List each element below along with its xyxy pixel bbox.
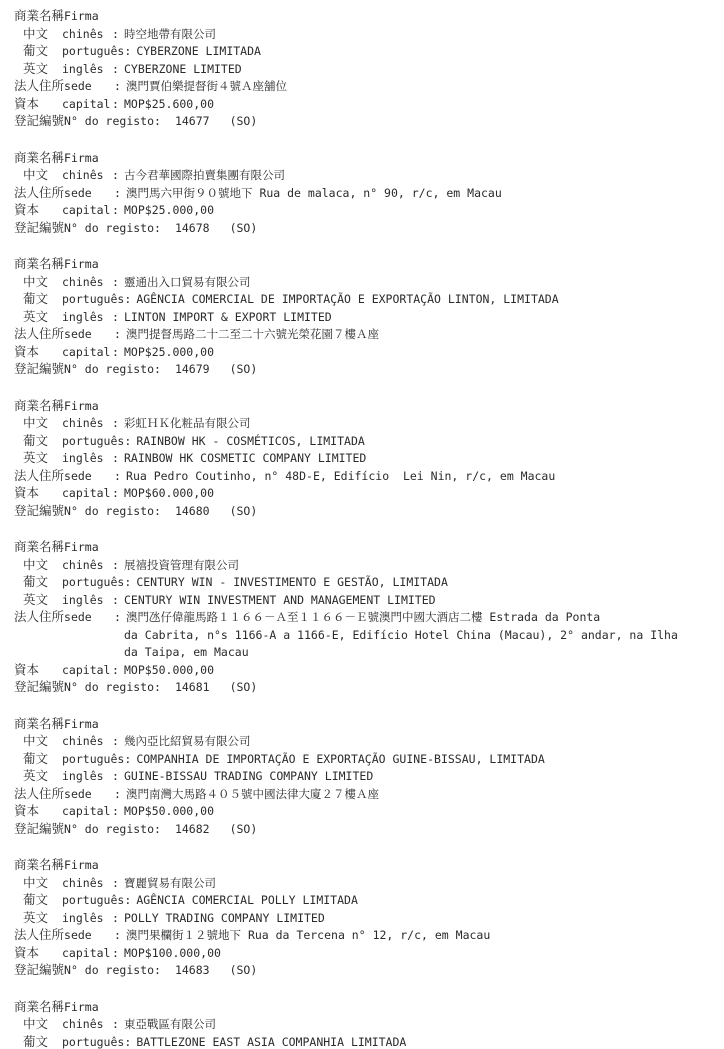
firm-header-row: 商業名稱Firma (0, 8, 724, 26)
chinese-name-row-label-zh: 中文 (14, 733, 62, 751)
chinese-name-row-label-pt: chinês (62, 733, 112, 751)
capital-row: 資本capital:MOP$50.000,00 (0, 803, 724, 821)
capital-row-label-zh: 資本 (14, 485, 62, 503)
english-name-row-label-pt: inglês (62, 592, 112, 610)
registration-label-zh: 登記編號 (14, 361, 64, 379)
registry-entry: 商業名稱Firma中文chinês:彩虹ＨＫ化粧品有限公司葡文português… (0, 398, 724, 521)
registration-label-zh: 登記編號 (14, 821, 64, 839)
portuguese-name-row: 葡文português:COMPANHIA DE IMPORTAÇÃO E EX… (0, 751, 724, 769)
capital-row-value: MOP$50.000,00 (124, 662, 724, 680)
firm-header-row-label-pt: Firma (64, 857, 114, 875)
registry-entry: 商業名稱Firma中文chinês:幾內亞比紹貿易有限公司葡文português… (0, 716, 724, 839)
address-row-value: 澳門提督馬路二十二至二十六號光榮花園７樓Ａ座 (126, 326, 724, 344)
english-name-row-value: CENTURY WIN INVESTMENT AND MANAGEMENT LI… (124, 592, 724, 610)
address-row-value: Rua Pedro Coutinho, n° 48D-E, Edifício L… (126, 468, 724, 486)
registration-number-row: 登記編號N° do registo:14678(SO) (0, 220, 724, 238)
registration-label-pt: N° do registo: (64, 361, 161, 379)
capital-row: 資本capital:MOP$25.000,00 (0, 202, 724, 220)
english-name-row: 英文inglês:POLLY TRADING COMPANY LIMITED (0, 910, 724, 928)
colon-separator: : (124, 1034, 136, 1049)
chinese-name-row-value: 東亞戰區有限公司 (124, 1016, 724, 1034)
colon-separator: : (112, 96, 124, 114)
registration-so-mark: (SO) (230, 962, 258, 980)
address-row-label-pt: sede (64, 786, 114, 804)
registry-entries-list: 商業名稱Firma中文chinês:時空地帶有限公司葡文português:CY… (0, 8, 724, 1049)
english-name-row-label-zh: 英文 (14, 450, 62, 468)
firm-header-row: 商業名稱Firma (0, 716, 724, 734)
registration-label-zh: 登記編號 (14, 503, 64, 521)
address-row-label-pt: sede (64, 609, 114, 627)
colon-separator: : (124, 892, 136, 910)
address-row: 法人住所sede:澳門馬六甲街９０號地下 Rua de malaca, n° 9… (0, 185, 724, 203)
portuguese-name-row-value: BATTLEZONE EAST ASIA COMPANHIA LIMITADA (136, 1034, 724, 1049)
colon-separator: : (112, 945, 124, 963)
registration-number-row: 登記編號N° do registo:14677(SO) (0, 113, 724, 131)
address-continuation-line: da Cabrita, n°s 1166-A a 1166-E, Edifíci… (124, 627, 724, 645)
chinese-name-row: 中文chinês:東亞戰區有限公司 (0, 1016, 724, 1034)
chinese-name-row: 中文chinês:寶麗貿易有限公司 (0, 875, 724, 893)
registration-label-pt: N° do registo: (64, 679, 161, 697)
chinese-name-row-value: 寶麗貿易有限公司 (124, 875, 724, 893)
registration-label-zh: 登記編號 (14, 220, 64, 238)
registry-entry: 商業名稱Firma中文chinês:東亞戰區有限公司葡文português:BA… (0, 999, 724, 1049)
firm-header-row-label-zh: 商業名稱 (14, 539, 64, 557)
registration-so-mark: (SO) (230, 503, 258, 521)
registration-number: 14680 (175, 503, 210, 521)
chinese-name-row: 中文chinês:靈通出入口貿易有限公司 (0, 274, 724, 292)
chinese-name-row-label-zh: 中文 (14, 167, 62, 185)
firm-header-row-label-pt: Firma (64, 8, 114, 26)
capital-row: 資本capital:MOP$50.000,00 (0, 662, 724, 680)
capital-row-label-pt: capital (62, 803, 112, 821)
address-row-label-zh: 法人住所 (14, 468, 64, 486)
chinese-name-row-label-zh: 中文 (14, 557, 62, 575)
firm-header-row: 商業名稱Firma (0, 999, 724, 1017)
registration-label-pt: N° do registo: (64, 503, 161, 521)
address-row: 法人住所sede:澳門果欄街１２號地下 Rua da Tercena n° 12… (0, 927, 724, 945)
colon-separator: : (124, 43, 136, 61)
english-name-row: 英文inglês:LINTON IMPORT & EXPORT LIMITED (0, 309, 724, 327)
portuguese-name-row-label-zh: 葡文 (14, 291, 62, 309)
english-name-row-value: CYBERZONE LIMITED (124, 61, 724, 79)
portuguese-name-row-value: COMPANHIA DE IMPORTAÇÃO E EXPORTAÇÃO GUI… (136, 751, 724, 769)
capital-row-label-pt: capital (62, 662, 112, 680)
capital-row-label-zh: 資本 (14, 662, 62, 680)
colon-separator: : (112, 485, 124, 503)
english-name-row: 英文inglês:CENTURY WIN INVESTMENT AND MANA… (0, 592, 724, 610)
english-name-row-label-pt: inglês (62, 910, 112, 928)
firm-header-row-label-pt: Firma (64, 398, 114, 416)
colon-separator: : (112, 61, 124, 79)
english-name-row-value: LINTON IMPORT & EXPORT LIMITED (124, 309, 724, 327)
registration-so-mark: (SO) (230, 679, 258, 697)
portuguese-name-row: 葡文português:AGÊNCIA COMERCIAL DE IMPORTA… (0, 291, 724, 309)
portuguese-name-row-value: CENTURY WIN - INVESTIMENTO E GESTÃO, LIM… (136, 574, 724, 592)
firm-header-row-label-pt: Firma (64, 150, 114, 168)
colon-separator: : (112, 167, 124, 185)
registry-document-page: 商業名稱Firma中文chinês:時空地帶有限公司葡文português:CY… (0, 0, 724, 1049)
colon-separator: : (112, 733, 124, 751)
chinese-name-row: 中文chinês:展禧投資管理有限公司 (0, 557, 724, 575)
portuguese-name-row-label-pt: português (62, 433, 124, 451)
firm-header-row-label-zh: 商業名稱 (14, 256, 64, 274)
portuguese-name-row-label-pt: português (62, 291, 124, 309)
english-name-row-value: GUINE-BISSAU TRADING COMPANY LIMITED (124, 768, 724, 786)
capital-row-label-pt: capital (62, 485, 112, 503)
address-row: 法人住所sede:澳門提督馬路二十二至二十六號光榮花園７樓Ａ座 (0, 326, 724, 344)
capital-row-value: MOP$60.000,00 (124, 485, 724, 503)
address-row-label-pt: sede (64, 927, 114, 945)
address-row-label-zh: 法人住所 (14, 927, 64, 945)
english-name-row: 英文inglês:CYBERZONE LIMITED (0, 61, 724, 79)
english-name-row-label-zh: 英文 (14, 592, 62, 610)
portuguese-name-row-label-pt: português (62, 892, 124, 910)
firm-header-row-label-zh: 商業名稱 (14, 398, 64, 416)
address-row-value: 澳門南灣大馬路４０５號中國法律大廈２７樓Ａ座 (126, 786, 724, 804)
capital-row-value: MOP$25.000,00 (124, 344, 724, 362)
colon-separator: : (114, 78, 126, 96)
portuguese-name-row: 葡文português:BATTLEZONE EAST ASIA COMPANH… (0, 1034, 724, 1049)
colon-separator: : (114, 927, 126, 945)
portuguese-name-row-label-zh: 葡文 (14, 892, 62, 910)
address-row-label-pt: sede (64, 468, 114, 486)
english-name-row-label-pt: inglês (62, 450, 112, 468)
colon-separator: : (112, 910, 124, 928)
address-row: 法人住所sede:澳門賈伯樂提督街４號Ａ座舖位 (0, 78, 724, 96)
portuguese-name-row-label-pt: português (62, 574, 124, 592)
english-name-row-label-pt: inglês (62, 61, 112, 79)
registration-number: 14678 (175, 220, 210, 238)
registration-label-zh: 登記編號 (14, 962, 64, 980)
capital-row-label-zh: 資本 (14, 96, 62, 114)
registration-number-row: 登記編號N° do registo:14683(SO) (0, 962, 724, 980)
firm-header-row: 商業名稱Firma (0, 398, 724, 416)
english-name-row-label-zh: 英文 (14, 61, 62, 79)
colon-separator: : (112, 1016, 124, 1034)
address-continuation-line: da Taipa, em Macau (124, 644, 724, 662)
english-name-row-label-zh: 英文 (14, 768, 62, 786)
english-name-row-label-zh: 英文 (14, 910, 62, 928)
capital-row-label-pt: capital (62, 96, 112, 114)
firm-header-row-label-pt: Firma (64, 256, 114, 274)
english-name-row-label-pt: inglês (62, 309, 112, 327)
chinese-name-row-label-pt: chinês (62, 415, 112, 433)
colon-separator: : (112, 274, 124, 292)
capital-row: 資本capital:MOP$100.000,00 (0, 945, 724, 963)
colon-separator: : (124, 291, 136, 309)
portuguese-name-row-label-zh: 葡文 (14, 574, 62, 592)
colon-separator: : (112, 592, 124, 610)
chinese-name-row-value: 時空地帶有限公司 (124, 26, 724, 44)
portuguese-name-row-value: RAINBOW HK - COSMÉTICOS, LIMITADA (136, 433, 724, 451)
portuguese-name-row: 葡文português:CENTURY WIN - INVESTIMENTO E… (0, 574, 724, 592)
colon-separator: : (112, 415, 124, 433)
capital-row-value: MOP$25.000,00 (124, 202, 724, 220)
portuguese-name-row-label-pt: português (62, 1034, 124, 1049)
registration-number-row: 登記編號N° do registo:14679(SO) (0, 361, 724, 379)
colon-separator: : (114, 786, 126, 804)
address-row-value: 澳門賈伯樂提督街４號Ａ座舖位 (126, 78, 724, 96)
portuguese-name-row-value: AGÊNCIA COMERCIAL POLLY LIMITADA (136, 892, 724, 910)
colon-separator: : (112, 875, 124, 893)
colon-separator: : (124, 433, 136, 451)
colon-separator: : (112, 450, 124, 468)
chinese-name-row: 中文chinês:彩虹ＨＫ化粧品有限公司 (0, 415, 724, 433)
portuguese-name-row-label-pt: português (62, 43, 124, 61)
capital-row: 資本capital:MOP$60.000,00 (0, 485, 724, 503)
chinese-name-row: 中文chinês:幾內亞比紹貿易有限公司 (0, 733, 724, 751)
capital-row-label-zh: 資本 (14, 202, 62, 220)
chinese-name-row-label-zh: 中文 (14, 26, 62, 44)
chinese-name-row-label-zh: 中文 (14, 875, 62, 893)
colon-separator: : (112, 344, 124, 362)
registration-so-mark: (SO) (230, 821, 258, 839)
portuguese-name-row-value: AGÊNCIA COMERCIAL DE IMPORTAÇÃO E EXPORT… (136, 291, 724, 309)
address-row-label-zh: 法人住所 (14, 786, 64, 804)
colon-separator: : (114, 185, 126, 203)
firm-header-row-label-zh: 商業名稱 (14, 999, 64, 1017)
chinese-name-row-label-pt: chinês (62, 26, 112, 44)
colon-separator: : (112, 309, 124, 327)
registration-number: 14681 (175, 679, 210, 697)
registry-entry: 商業名稱Firma中文chinês:時空地帶有限公司葡文português:CY… (0, 8, 724, 131)
colon-separator: : (114, 468, 126, 486)
portuguese-name-row-label-zh: 葡文 (14, 43, 62, 61)
registration-number: 14682 (175, 821, 210, 839)
registration-number: 14677 (175, 113, 210, 131)
capital-row-label-pt: capital (62, 945, 112, 963)
address-row: 法人住所sede:Rua Pedro Coutinho, n° 48D-E, E… (0, 468, 724, 486)
capital-row: 資本capital:MOP$25.000,00 (0, 344, 724, 362)
address-row-value: 澳門果欄街１２號地下 Rua da Tercena n° 12, r/c, em… (126, 927, 724, 945)
registration-number-row: 登記編號N° do registo:14680(SO) (0, 503, 724, 521)
english-name-row-label-pt: inglês (62, 768, 112, 786)
english-name-row-value: POLLY TRADING COMPANY LIMITED (124, 910, 724, 928)
colon-separator: : (112, 662, 124, 680)
firm-header-row-label-pt: Firma (64, 539, 114, 557)
colon-separator: : (112, 803, 124, 821)
portuguese-name-row: 葡文português:AGÊNCIA COMERCIAL POLLY LIMI… (0, 892, 724, 910)
firm-header-row: 商業名稱Firma (0, 539, 724, 557)
registration-label-zh: 登記編號 (14, 679, 64, 697)
registry-entry: 商業名稱Firma中文chinês:古今君華國際拍賣集團有限公司法人住所sede… (0, 150, 724, 238)
address-row-label-zh: 法人住所 (14, 78, 64, 96)
firm-header-row-label-pt: Firma (64, 716, 114, 734)
colon-separator: : (114, 609, 126, 627)
chinese-name-row-label-zh: 中文 (14, 274, 62, 292)
firm-header-row-label-pt: Firma (64, 999, 114, 1017)
portuguese-name-row: 葡文português:CYBERZONE LIMITADA (0, 43, 724, 61)
firm-header-row-label-zh: 商業名稱 (14, 857, 64, 875)
portuguese-name-row-label-pt: português (62, 751, 124, 769)
english-name-row-label-zh: 英文 (14, 309, 62, 327)
capital-row-label-zh: 資本 (14, 803, 62, 821)
english-name-row-value: RAINBOW HK COSMETIC COMPANY LIMITED (124, 450, 724, 468)
chinese-name-row-label-zh: 中文 (14, 415, 62, 433)
colon-separator: : (112, 768, 124, 786)
address-row-label-pt: sede (64, 326, 114, 344)
registry-entry: 商業名稱Firma中文chinês:展禧投資管理有限公司葡文português:… (0, 539, 724, 697)
registration-label-pt: N° do registo: (64, 962, 161, 980)
address-row-value: 澳門氹仔偉龍馬路１１６６－Ａ至１１６６－Ｅ號澳門中國大酒店二樓 Estrada … (126, 609, 724, 627)
registration-so-mark: (SO) (230, 361, 258, 379)
firm-header-row-label-zh: 商業名稱 (14, 8, 64, 26)
registration-label-pt: N° do registo: (64, 821, 161, 839)
chinese-name-row-value: 幾內亞比紹貿易有限公司 (124, 733, 724, 751)
colon-separator: : (112, 26, 124, 44)
capital-row-label-zh: 資本 (14, 945, 62, 963)
registry-entry: 商業名稱Firma中文chinês:靈通出入口貿易有限公司葡文português… (0, 256, 724, 379)
capital-row: 資本capital:MOP$25.600,00 (0, 96, 724, 114)
chinese-name-row-label-pt: chinês (62, 167, 112, 185)
portuguese-name-row-value: CYBERZONE LIMITADA (136, 43, 724, 61)
registration-label-pt: N° do registo: (64, 220, 161, 238)
capital-row-value: MOP$25.600,00 (124, 96, 724, 114)
capital-row-label-zh: 資本 (14, 344, 62, 362)
english-name-row: 英文inglês:GUINE-BISSAU TRADING COMPANY LI… (0, 768, 724, 786)
colon-separator: : (112, 202, 124, 220)
registration-label-zh: 登記編號 (14, 113, 64, 131)
portuguese-name-row-label-zh: 葡文 (14, 751, 62, 769)
chinese-name-row-value: 古今君華國際拍賣集團有限公司 (124, 167, 724, 185)
firm-header-row: 商業名稱Firma (0, 150, 724, 168)
capital-row-label-pt: capital (62, 202, 112, 220)
address-row-label-pt: sede (64, 78, 114, 96)
address-row-value: 澳門馬六甲街９０號地下 Rua de malaca, n° 90, r/c, e… (126, 185, 724, 203)
firm-header-row: 商業名稱Firma (0, 256, 724, 274)
registration-so-mark: (SO) (230, 220, 258, 238)
chinese-name-row-label-pt: chinês (62, 1016, 112, 1034)
chinese-name-row-value: 彩虹ＨＫ化粧品有限公司 (124, 415, 724, 433)
registration-number-row: 登記編號N° do registo:14682(SO) (0, 821, 724, 839)
chinese-name-row-label-zh: 中文 (14, 1016, 62, 1034)
chinese-name-row-value: 展禧投資管理有限公司 (124, 557, 724, 575)
chinese-name-row-label-pt: chinês (62, 875, 112, 893)
colon-separator: : (114, 326, 126, 344)
colon-separator: : (112, 557, 124, 575)
address-row: 法人住所sede:澳門南灣大馬路４０５號中國法律大廈２７樓Ａ座 (0, 786, 724, 804)
capital-row-label-pt: capital (62, 344, 112, 362)
colon-separator: : (124, 751, 136, 769)
registration-number: 14683 (175, 962, 210, 980)
registration-number: 14679 (175, 361, 210, 379)
chinese-name-row-label-pt: chinês (62, 557, 112, 575)
address-row: 法人住所sede:澳門氹仔偉龍馬路１１６６－Ａ至１１６６－Ｅ號澳門中國大酒店二樓… (0, 609, 724, 627)
english-name-row: 英文inglês:RAINBOW HK COSMETIC COMPANY LIM… (0, 450, 724, 468)
registration-label-pt: N° do registo: (64, 113, 161, 131)
chinese-name-row-value: 靈通出入口貿易有限公司 (124, 274, 724, 292)
firm-header-row: 商業名稱Firma (0, 857, 724, 875)
address-row-label-pt: sede (64, 185, 114, 203)
portuguese-name-row-label-zh: 葡文 (14, 433, 62, 451)
colon-separator: : (124, 574, 136, 592)
portuguese-name-row-label-zh: 葡文 (14, 1034, 62, 1049)
address-row-label-zh: 法人住所 (14, 609, 64, 627)
capital-row-value: MOP$50.000,00 (124, 803, 724, 821)
address-row-label-zh: 法人住所 (14, 185, 64, 203)
capital-row-value: MOP$100.000,00 (124, 945, 724, 963)
chinese-name-row: 中文chinês:古今君華國際拍賣集團有限公司 (0, 167, 724, 185)
registry-entry: 商業名稱Firma中文chinês:寶麗貿易有限公司葡文português:AG… (0, 857, 724, 980)
chinese-name-row: 中文chinês:時空地帶有限公司 (0, 26, 724, 44)
chinese-name-row-label-pt: chinês (62, 274, 112, 292)
registration-so-mark: (SO) (230, 113, 258, 131)
portuguese-name-row: 葡文português:RAINBOW HK - COSMÉTICOS, LIM… (0, 433, 724, 451)
firm-header-row-label-zh: 商業名稱 (14, 716, 64, 734)
registration-number-row: 登記編號N° do registo:14681(SO) (0, 679, 724, 697)
firm-header-row-label-zh: 商業名稱 (14, 150, 64, 168)
address-row-label-zh: 法人住所 (14, 326, 64, 344)
